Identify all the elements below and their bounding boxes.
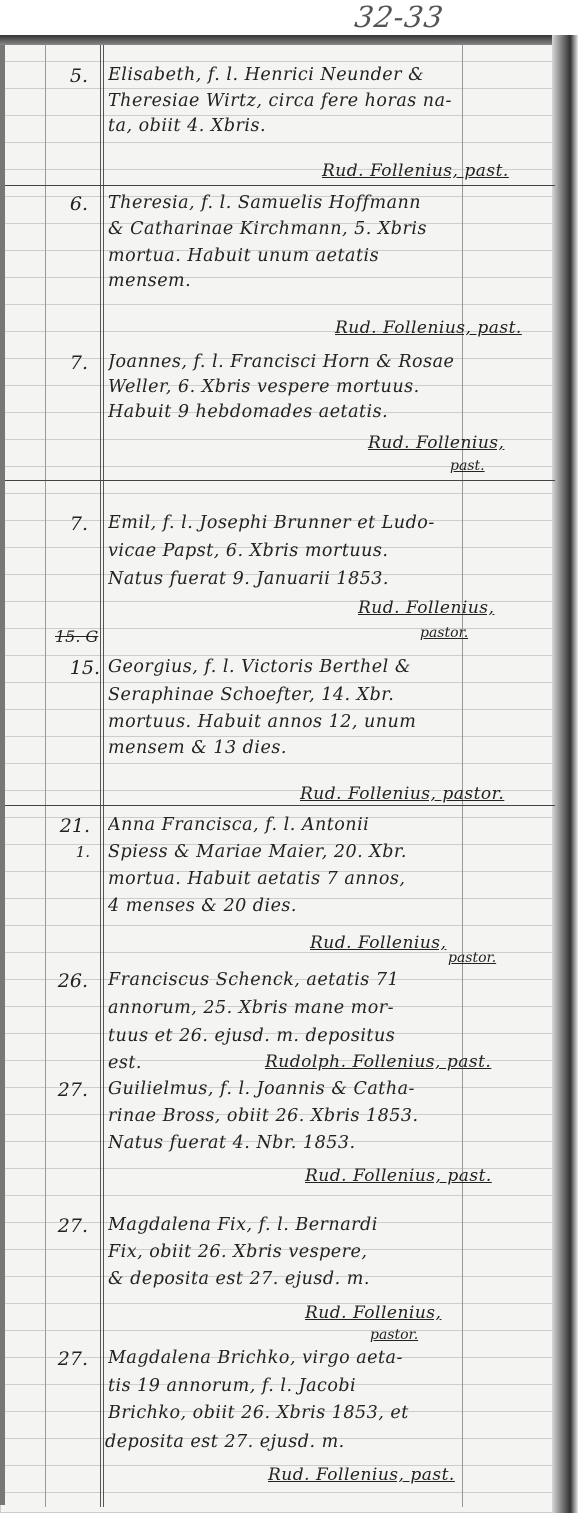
entry-line: Natus fuerat 9. Januarii 1853. [108, 568, 548, 590]
entry-day: 7. [38, 513, 88, 535]
entry-line: mensem. [108, 270, 548, 292]
entry-divider [5, 185, 555, 186]
entry-day: 27. [38, 1348, 88, 1370]
struck-day-note: 15. G [55, 627, 125, 646]
entry-line: mortuus. Habuit annos 12, unum [108, 711, 548, 733]
entry-divider [5, 805, 555, 806]
entry-line: Habuit 9 hebdomades aetatis. [108, 401, 548, 423]
entry-line: ta, obiit 4. Xbris. [108, 115, 548, 137]
column-rule [103, 45, 104, 1507]
entry-day: 26. [38, 970, 88, 992]
entry-line: Georgius, f. l. Victoris Berthel & [108, 656, 548, 678]
column-rule [45, 45, 46, 1507]
scan-right-edge [552, 35, 578, 1513]
entry-line: Theresiae Wirtz, circa fere horas na- [108, 90, 548, 112]
entry-day: 5. [38, 65, 88, 87]
pastor-title: past. [450, 458, 485, 474]
entry-line: tis 19 annorum, f. l. Jacobi [108, 1375, 548, 1397]
scan-top-edge [0, 35, 578, 45]
entry-line: annorum, 25. Xbris mane mor- [108, 997, 548, 1019]
register-page: 5. Elisabeth, f. l. Henrici Neunder & Th… [0, 35, 578, 1513]
page-number: 32-33 [353, 0, 508, 34]
entry-day-note: 1. [40, 843, 90, 861]
entry-divider [5, 480, 555, 481]
pastor-signature: Rud. Follenius, past. [335, 318, 522, 338]
scan-left-edge [0, 45, 5, 1505]
entry-day: 27. [38, 1215, 88, 1237]
entry-line: Theresia, f. l. Samuelis Hoffmann [108, 192, 548, 214]
entry-line: Fix, obiit 26. Xbris vespere, [108, 1241, 548, 1263]
entry-line: Franciscus Schenck, aetatis 71 [108, 969, 548, 991]
entry-line: Emil, f. l. Josephi Brunner et Ludo- [108, 512, 548, 534]
entry-line: rinae Bross, obiit 26. Xbris 1853. [108, 1105, 548, 1127]
pastor-title: pastor. [420, 625, 468, 641]
entry-day: 7. [38, 352, 88, 374]
entry-line: tuus et 26. ejusd. m. depositus [108, 1025, 548, 1047]
entry-line: Anna Francisca, f. l. Antonii [108, 814, 548, 836]
pastor-signature: Rud. Follenius, past. [268, 1465, 455, 1485]
pastor-signature: Rud. Follenius, [368, 433, 504, 453]
entry-day: 15. [38, 657, 100, 679]
entry-day: 27. [38, 1079, 88, 1101]
column-rule [100, 45, 101, 1507]
entry-line: deposita est 27. ejusd. m. [105, 1431, 545, 1453]
entry-line: mortua. Habuit unum aetatis [108, 245, 548, 267]
pastor-title: pastor. [370, 1327, 418, 1343]
entry-line: Weller, 6. Xbris vespere mortuus. [108, 376, 548, 398]
entry-line: mensem & 13 dies. [108, 737, 548, 759]
entry-line: Joannes, f. l. Francisci Horn & Rosae [108, 351, 548, 373]
entry-line: Natus fuerat 4. Nbr. 1853. [108, 1132, 548, 1154]
entry-line: 4 menses & 20 dies. [108, 895, 548, 917]
entry-line: Brichko, obiit 26. Xbris 1853, et [108, 1402, 548, 1424]
entry-line: & Catharinae Kirchmann, 5. Xbris [108, 218, 548, 240]
pastor-signature: Rudolph. Follenius, past. [265, 1052, 491, 1072]
entry-line: mortua. Habuit aetatis 7 annos, [108, 868, 548, 890]
entry-line: & deposita est 27. ejusd. m. [108, 1268, 548, 1290]
entry-day: 21. [40, 815, 90, 837]
pastor-title: pastor. [448, 950, 496, 966]
entry-line: Magdalena Brichko, virgo aeta- [108, 1347, 548, 1369]
pastor-signature: Rud. Follenius, [305, 1303, 441, 1323]
entry-day: 6. [38, 193, 88, 215]
entry-line: vicae Papst, 6. Xbris mortuus. [108, 540, 548, 562]
pastor-signature: Rud. Follenius, pastor. [300, 784, 504, 804]
entry-line: Guilielmus, f. l. Joannis & Catha- [108, 1078, 548, 1100]
entry-line: Seraphinae Schoefter, 14. Xbr. [108, 684, 548, 706]
pastor-signature: Rud. Follenius, past. [305, 1166, 492, 1186]
entry-line: Elisabeth, f. l. Henrici Neunder & [108, 64, 548, 86]
pastor-signature: Rud. Follenius, [358, 598, 494, 618]
entry-line: Magdalena Fix, f. l. Bernardi [108, 1214, 548, 1236]
pastor-signature: Rud. Follenius, [310, 933, 446, 953]
entry-line: Spiess & Mariae Maier, 20. Xbr. [108, 841, 548, 863]
pastor-signature: Rud. Follenius, past. [322, 161, 509, 181]
